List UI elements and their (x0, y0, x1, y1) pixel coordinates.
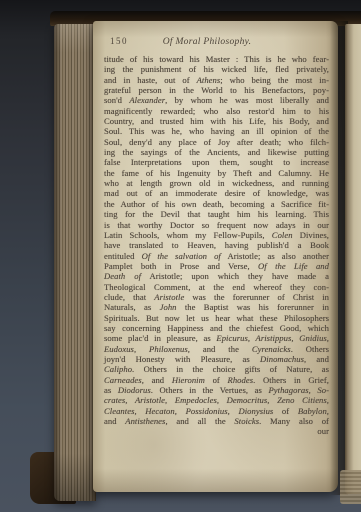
text-line: as Diodorus. Others in the Vertues, as P… (104, 385, 329, 395)
text-line: son'd Alexander, by whom he was most lib… (104, 95, 329, 105)
text-line: Carneades, and Hieronim of Rhodes. Other… (104, 375, 329, 385)
text-line: Theological Comment, at the end whereof … (104, 282, 329, 292)
text-line: the fame of his Ingenuity by Theft and C… (104, 168, 329, 178)
page-edges-left (54, 24, 96, 501)
text-line: Naturals, as John the Baptist was his fo… (104, 302, 329, 312)
text-line: ting for the Devil that taught him his l… (104, 209, 329, 219)
text-line: some plac'd in pleasure, as Epicurus, Ar… (104, 333, 329, 343)
text-line: magnificently rewarded; who also restor'… (104, 106, 329, 116)
text-line: Soul. This was he, who having an ill opi… (104, 126, 329, 136)
text-line: the Author of his own death, becoming a … (104, 199, 329, 209)
text-line: Calipho. Others in the choice gifts of N… (104, 364, 329, 374)
text-line: and in haste, out of Athens; who being t… (104, 75, 329, 85)
text-line: Spirituals. But now let us hear what the… (104, 313, 329, 323)
text-line: entituled Of the salvation of Aristotle;… (104, 251, 329, 261)
catchword: our (104, 426, 329, 436)
running-title: Of Moral Philosophy. (128, 37, 286, 47)
book-page: 150 Of Moral Philosophy. titude of his t… (93, 21, 338, 492)
text-line: Country, and trusted him with his Life, … (104, 116, 329, 126)
text-line: grateful person in the World to his Bene… (104, 85, 329, 95)
text-line: Death of Aristotle; upon which they have… (104, 271, 329, 281)
text-line: Cleantes, Hecaton, Possidonius, Dionysiu… (104, 406, 329, 416)
text-line: and Antisthenes, and all the Stoicks. Ma… (104, 416, 329, 426)
text-line: Pamplet both in Prose and Verse, Of the … (104, 261, 329, 271)
facing-page-sliver (345, 24, 361, 494)
text-line: titude of his toward his Master : This i… (104, 54, 329, 64)
page-header: 150 Of Moral Philosophy. (107, 36, 326, 47)
text-line: clude, that Aristotle was the forerunner… (104, 292, 329, 302)
text-line: ing the punishment of his wicked life, f… (104, 64, 329, 74)
text-line: mad out of an immoderate desire of knowl… (104, 188, 329, 198)
text-line: have translated to Heaven, having publis… (104, 240, 329, 250)
text-line: who at length grown old in wickedness, a… (104, 178, 329, 188)
text-line: Latin Schools, whom my Fellow-Pupils, Co… (104, 230, 329, 240)
text-line: say concerning Happiness and the chiefes… (104, 323, 329, 333)
book-photo: 150 Of Moral Philosophy. titude of his t… (0, 0, 361, 512)
text-line: Soul, deny'd any place of Joy after deat… (104, 137, 329, 147)
page-number: 150 (110, 36, 128, 46)
text-line: false Interpretations upon them, sought … (104, 157, 329, 167)
text-line: ing the sayings of the Ancients, and lik… (104, 147, 329, 157)
text-line: Eudoxus, Philoxenus, and the Cyrenaicks.… (104, 344, 329, 354)
facing-page-bottom-edges (340, 470, 361, 504)
text-line: joyn'd Honesty with Pleasure, as Dinomac… (104, 354, 329, 364)
text-line: is that worthy Doctor so frequent now ad… (104, 220, 329, 230)
text-line: crates, Aristotle, Empedocles, Democritu… (104, 395, 329, 405)
body-text: titude of his toward his Master : This i… (104, 54, 329, 437)
